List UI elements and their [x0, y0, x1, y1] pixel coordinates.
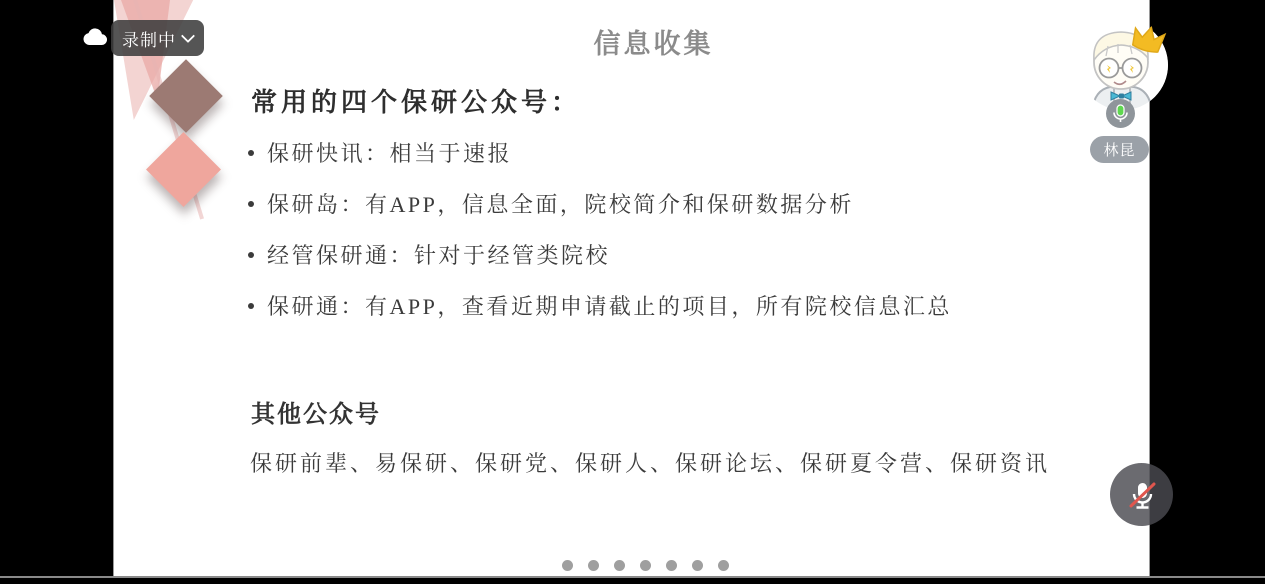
presentation-slide: 信息收集 常用的四个保研公众号： 保研快讯：相当于速报 保研岛：有APP，信息全… [113, 0, 1150, 578]
other-accounts-line: 保研前辈、易保研、保研党、保研人、保研论坛、保研夏令营、保研资讯 [250, 447, 1050, 478]
bullet-list: 保研快讯：相当于速报 保研岛：有APP，信息全面，院校简介和保研数据分析 经管保… [248, 139, 952, 343]
list-item: 保研岛：有APP，信息全面，院校简介和保研数据分析 [248, 190, 952, 217]
section-heading: 常用的四个保研公众号： [251, 82, 581, 119]
mic-level-icon [1106, 99, 1135, 128]
recording-cluster: 录制中 [82, 20, 204, 56]
bullet-dot-icon [248, 201, 254, 207]
list-item: 保研快讯：相当于速报 [248, 139, 952, 166]
bullet-text: 保研岛：有APP，信息全面，院校简介和保研数据分析 [267, 188, 854, 219]
letterbox-bottom [0, 578, 1265, 584]
slide-bottom-edge [0, 576, 1265, 578]
pagination-dot[interactable] [562, 560, 573, 571]
list-item: 经管保研通：针对于经管类院校 [248, 241, 952, 268]
list-item: 保研通：有APP，查看近期申请截止的项目，所有院校信息汇总 [248, 292, 952, 319]
mute-button[interactable] [1110, 463, 1173, 526]
cloud-icon [82, 28, 108, 51]
bullet-dot-icon [248, 252, 254, 258]
pagination-dot[interactable] [666, 560, 677, 571]
mic-muted-icon [1124, 477, 1160, 513]
pagination-dot[interactable] [640, 560, 651, 571]
participant-name: 林昆 [1103, 139, 1135, 160]
subheading: 其他公众号 [251, 394, 381, 429]
bullet-dot-icon [248, 150, 254, 156]
diamond-decoration-pink [146, 132, 221, 207]
pagination-dot[interactable] [718, 560, 729, 571]
screen: 信息收集 常用的四个保研公众号： 保研快讯：相当于速报 保研岛：有APP，信息全… [0, 0, 1265, 584]
bullet-text: 保研通：有APP，查看近期申请截止的项目，所有院校信息汇总 [267, 290, 952, 321]
slide-title: 信息收集 [114, 22, 1149, 61]
recording-badge[interactable]: 录制中 [111, 20, 204, 56]
bullet-text: 保研快讯：相当于速报 [267, 137, 512, 168]
recording-status-label: 录制中 [122, 26, 176, 51]
bullet-text: 经管保研通：针对于经管类院校 [267, 239, 610, 270]
bullet-dot-icon [248, 303, 254, 309]
pagination-dot[interactable] [588, 560, 599, 571]
pagination-dot[interactable] [692, 560, 703, 571]
participant-name-badge: 林昆 [1090, 136, 1149, 163]
letterbox-left [0, 0, 113, 584]
pagination-dots [562, 560, 729, 571]
pagination-dot[interactable] [614, 560, 625, 571]
chevron-down-icon[interactable] [181, 29, 195, 43]
